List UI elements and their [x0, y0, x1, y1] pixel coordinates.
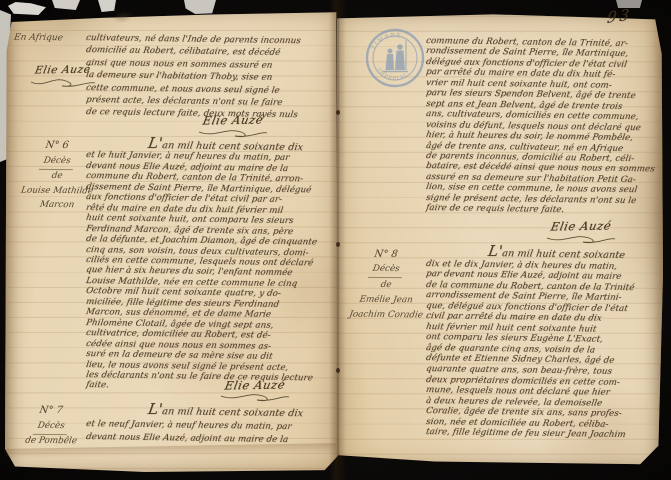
signature-text: Elie Auzé [34, 64, 92, 77]
entry-title: Décès [38, 153, 75, 169]
manuscript-block-act-closing: cultivateurs, né dans l'Inde de parents … [86, 32, 338, 119]
margin-note-entry-7: N° 7 Décès de Pombêle [6, 404, 96, 449]
manuscript-block-entry-7: L'an mil huit cent soixante dixet le neu… [86, 402, 338, 445]
signature-elie-auze: Elie Auzé [190, 374, 320, 403]
signature-elie-auze: Elie Auzé [516, 215, 646, 245]
entry-title: Décès [32, 418, 69, 434]
imperial-revenue-stamp-icon: TIMBRE IMPÉRIAL [363, 26, 427, 90]
entry-number: N° 8 [339, 247, 433, 263]
signature-flourish-icon [543, 232, 619, 245]
deceased-name: Emélie Jean [339, 293, 433, 309]
torn-paper-scrap [98, 0, 116, 12]
manuscript-block-entry-8: L'an mil huit cent soixantedix et le dix… [426, 245, 662, 438]
signature-text: Elie Auzé [223, 377, 286, 392]
scanned-register-page: En Afrique Elie Auzé N° 6 Décès de Louis… [0, 0, 671, 480]
torn-paper-scrap [184, 0, 216, 14]
signature-text: Elie Auzé [549, 218, 612, 233]
torn-paper-scrap [8, 2, 46, 15]
torn-paper-scrap [52, 0, 80, 10]
entry-de: de [339, 278, 433, 294]
margin-note-entry-8: N° 8 Décès de Emélie Jean Joachim Coradi… [340, 247, 432, 323]
page-number: 93 [606, 5, 633, 27]
manuscript-block-entry-7-continued: commune du Robert, canton de la Trinité,… [426, 36, 662, 214]
margin-note-en-afrique: En Afrique [14, 33, 63, 43]
svg-text:TIMBRE: TIMBRE [371, 33, 403, 51]
manuscript-block-entry-6: L'an mil huit cent soixante dixet le hui… [86, 137, 338, 391]
signature-text: Elie Auzé [201, 112, 264, 127]
stamp-label-top: TIMBRE [371, 33, 403, 51]
entry-number: N° 7 [5, 404, 97, 419]
entry-title: Décès [367, 262, 404, 278]
signature-elie-auze: Elie Auzé [168, 109, 298, 139]
deceased-name: de Pombêle [5, 434, 97, 449]
deceased-name: Joachim Coradie [339, 308, 433, 324]
